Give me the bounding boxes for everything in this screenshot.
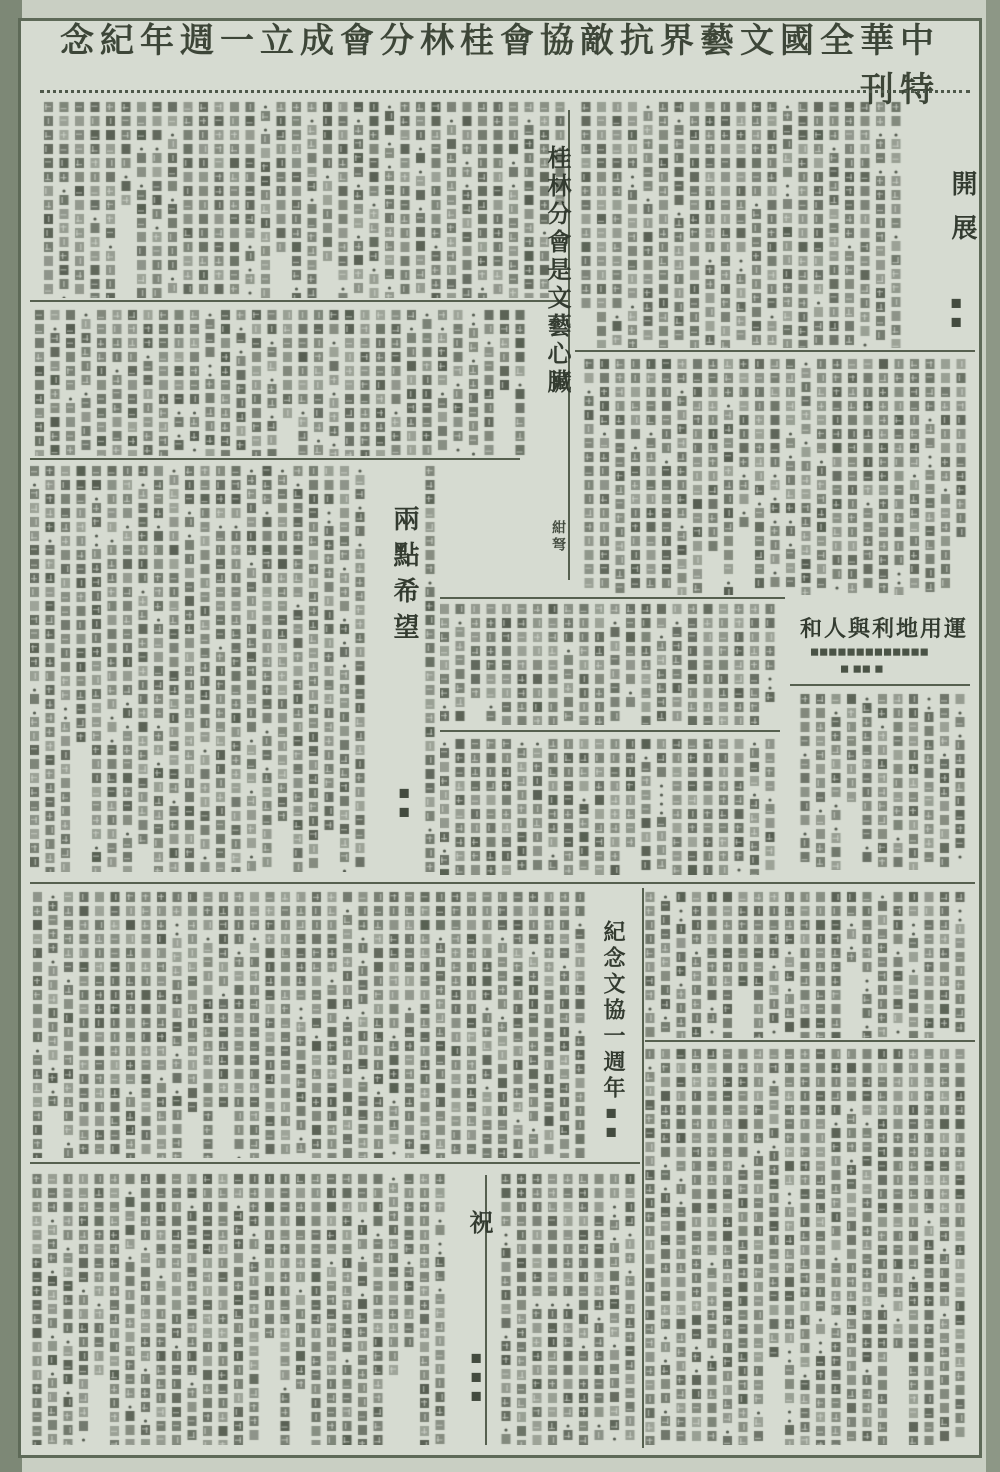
panel-bottom-right bbox=[645, 1045, 970, 1445]
divider bbox=[440, 730, 780, 732]
divider bbox=[575, 350, 975, 352]
divider bbox=[642, 888, 644, 1448]
headline-xinzang: 桂林分會是文藝心臟 bbox=[540, 145, 575, 397]
headline-jinian: 紀念文協一週年 bbox=[598, 920, 629, 1102]
divider bbox=[30, 882, 975, 884]
panel-center-lower bbox=[440, 735, 780, 875]
panel-kaizhan-cols bbox=[576, 355, 971, 595]
byline-zhu: ◼◼◼ bbox=[468, 1350, 484, 1407]
panel-left-mid bbox=[30, 306, 530, 456]
divider bbox=[30, 458, 520, 460]
byline-jinian: ◼◼ bbox=[603, 1105, 619, 1143]
panel-center-mid bbox=[440, 600, 780, 725]
divider bbox=[790, 684, 970, 686]
byline-xinzang: 紺弩 bbox=[548, 520, 568, 554]
panel-xinzang-right bbox=[576, 98, 906, 348]
panel-liangdian-cols bbox=[420, 462, 440, 872]
panel-bottom-left bbox=[30, 888, 590, 1158]
divider bbox=[30, 1162, 640, 1164]
headline-kaizhan: 開展 bbox=[944, 170, 981, 258]
byline-yunyong: ◼ ◼◼ ◼ bbox=[840, 662, 884, 675]
masthead: 中華全國文藝界抗敵協會桂林分會成立一週年紀念特刊 bbox=[40, 40, 940, 84]
panel-yunyong-cols bbox=[790, 690, 970, 870]
panel-top-left bbox=[30, 98, 570, 298]
panel-left-lower bbox=[30, 462, 370, 872]
headline-liangdian: 兩點希望 bbox=[386, 505, 423, 649]
headline-yunyong: 運用地利與人和 bbox=[800, 612, 968, 643]
masthead-title: 中華全國文藝界抗敵協會桂林分會成立一週年紀念特刊 bbox=[40, 13, 940, 111]
panel-bottom-right-top bbox=[645, 888, 970, 1038]
divider bbox=[440, 597, 785, 599]
subtitle-yunyong: ◼◼◼◼◼◼◼◼◼◼◼◼◼ bbox=[810, 645, 929, 658]
panel-footer-mid bbox=[490, 1170, 640, 1445]
panel-footer-left bbox=[30, 1170, 450, 1445]
divider bbox=[645, 1040, 975, 1042]
scanned-page: 中華全國文藝界抗敵協會桂林分會成立一週年紀念特刊 開展 ◼◼ 桂林分會是文藝心臟… bbox=[0, 0, 1000, 1472]
scan-edge-right bbox=[986, 0, 1000, 1472]
masthead-dotted-rule bbox=[40, 90, 970, 93]
byline-liangdian: ◼◼ bbox=[396, 785, 412, 823]
divider bbox=[30, 300, 570, 302]
headline-zhu: 祝 bbox=[462, 1210, 497, 1238]
byline-kaizhan: ◼◼ bbox=[948, 295, 964, 333]
